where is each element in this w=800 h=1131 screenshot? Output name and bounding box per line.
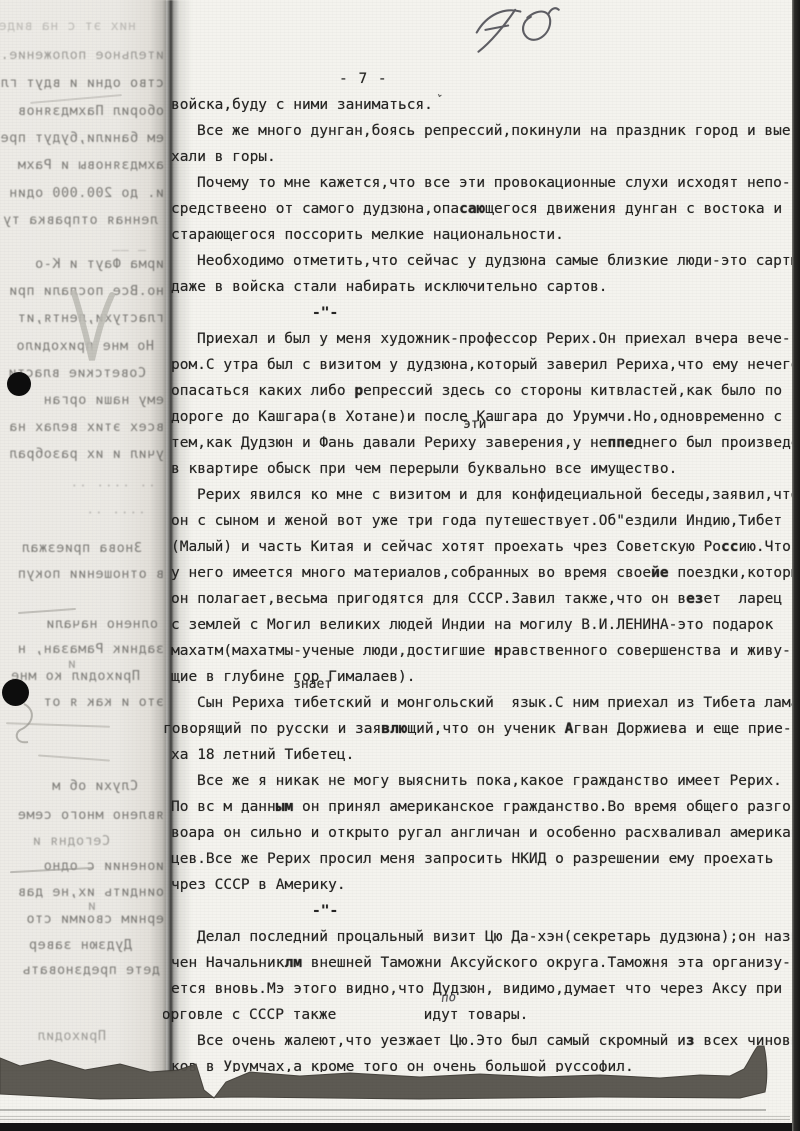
text-line: с землей с Могил великих людей Индии на …	[163, 612, 800, 638]
text-line: ется вновь.Мэ этого видно,что Дудзюн, ви…	[163, 976, 800, 1002]
punch-hole	[7, 372, 31, 396]
text-line: в квартире обыск при чем перерыли буквал…	[163, 456, 800, 482]
text-line: у него имеется много материалов,собранны…	[163, 560, 800, 586]
text-line: Почему то мне кажется,что все эти провок…	[163, 170, 800, 196]
text-line: цев.Все же Рерих просил меня запросить Н…	[163, 846, 800, 872]
bleed-line: ерним своими сто	[26, 911, 164, 927]
bleed-line: ···· ··	[86, 505, 146, 521]
bleed-line: дете предзновать	[22, 962, 160, 978]
bleedthrough-layer: них эт с на видеительное положение. Ивст…	[0, 0, 166, 1068]
text-line: он с сыном и женой вот уже три года путе…	[163, 508, 800, 534]
bleed-line: ство одни и вдут гл	[0, 75, 164, 91]
text-line: Рерих явился ко мне с визитом и для конф…	[163, 482, 800, 508]
bleed-line: ем банили,будут пре	[0, 130, 164, 146]
torn-edge-and-scanner-band	[0, 1040, 800, 1131]
bleed-line: ирма Фаут и К-о	[35, 256, 164, 272]
check-v-mark	[70, 290, 116, 370]
text-line: (Малый) и часть Китая и сейчас хотят про…	[163, 534, 800, 560]
bleed-line: олнено начали	[46, 616, 158, 632]
bleed-line: оборил Пахмдзянов	[17, 103, 164, 119]
text-line: Сын Рериха тибетский и монгольский язык.…	[163, 690, 800, 716]
handwritten-page-number	[468, 0, 564, 58]
squiggle-mark	[12, 702, 44, 750]
text-line: махатм(махатмы-ученые люди,достигшие нра…	[163, 638, 800, 664]
typed-insertion: эти	[463, 418, 486, 431]
text-line: Приехал и был у меня художник-профессор …	[163, 326, 800, 352]
bleed-line: задник Рамазан, н	[17, 641, 164, 657]
text-line: средствеено от самого дудзюна,опасающего…	[163, 196, 800, 222]
text-line: хали в горы.	[163, 144, 800, 170]
text-line: Необходимо отметить,что сейчас у дудзюна…	[163, 248, 800, 274]
torn-paper-shadow-band	[0, 1046, 767, 1099]
text-line: говорящий по русски и заявлющий,что он у…	[163, 716, 800, 742]
text-line: ха 18 летний Тибетец.	[163, 742, 800, 768]
page-number: - 7 -	[163, 66, 800, 92]
scanner-edge-strip	[792, 0, 800, 1131]
text-line: Все же много дунган,боясь репрессий,поки…	[163, 118, 800, 144]
bleed-line: учил и их разобрал	[9, 446, 164, 462]
bleed-line: ительное положение. Ив	[0, 47, 164, 63]
bleed-line: Дудзюн завер	[28, 937, 132, 953]
typed-insertion: знает	[267, 678, 332, 691]
bleed-line: ·· ···· ··	[70, 478, 156, 494]
text-line: даже в войска стали набирать исключитель…	[163, 274, 800, 300]
text-column: - 7 -войска,буду с ними заниматься.ˇВсе …	[163, 66, 800, 1072]
bleed-line: Знова приезжал	[21, 540, 142, 556]
bleed-line: Сегодня и	[32, 833, 110, 849]
bleed-line: Слухи об м	[52, 778, 138, 794]
text-line: тем,как Дудзюн и Фань давали Рериху заве…	[163, 430, 800, 456]
bleed-line: и. до 200.000 один ч	[0, 185, 164, 201]
bleed-line: ленная отправка ту	[3, 212, 158, 228]
text-line: войска,буду с ними заниматься.ˇ	[163, 92, 800, 118]
bleed-line: Приходил ко мне	[11, 668, 140, 684]
separator-mark: -"-	[163, 300, 800, 326]
handwritten-insertion: по ˇ	[441, 989, 472, 1004]
text-line: Все же я никак не могу выяснить пока,как…	[163, 768, 800, 794]
bleed-line: ионении с одно	[43, 858, 164, 874]
bleed-line: это и как я от	[43, 694, 164, 710]
bleed-line: в отношении покуп	[17, 566, 164, 582]
text-line: По вс м данным он принял американское гр…	[163, 794, 800, 820]
text-line: Делал последний процальный визит Цю Да-х…	[163, 924, 800, 950]
text-line: чрез СССР в Америку.	[163, 872, 800, 898]
bleed-line: ахмдзяновы и Рахм	[17, 157, 164, 173]
bleed-line: явлено много семе	[17, 807, 164, 823]
separator-mark: -"-	[163, 898, 800, 924]
bleed-line: них эт с на виде	[0, 18, 136, 34]
text-line: щие в глубине гор Гималаев).	[163, 664, 800, 690]
text-line: старающегося поссорить мелкие национальн…	[163, 222, 800, 248]
bleed-line: всех этих велах на	[9, 419, 164, 435]
bleed-line: ему наши орган	[43, 392, 164, 408]
scanned-document: { "scan": { "handwritten_page_number": "…	[0, 0, 800, 1131]
text-line: торговле с СССР также идут товары.по ˇ	[163, 1002, 800, 1028]
text-line: опасаться каких либо репрессий здесь со …	[163, 378, 800, 404]
text-line: чен Начальниклм внешней Таможни Аксуйско…	[163, 950, 800, 976]
text-line: он полагает,весьма пригодятся для СССР.З…	[163, 586, 800, 612]
text-line: воара он сильно и открыто ругал англичан…	[163, 820, 800, 846]
text-line: ром.С утра был с визитом у дудзюна,котор…	[163, 352, 800, 378]
